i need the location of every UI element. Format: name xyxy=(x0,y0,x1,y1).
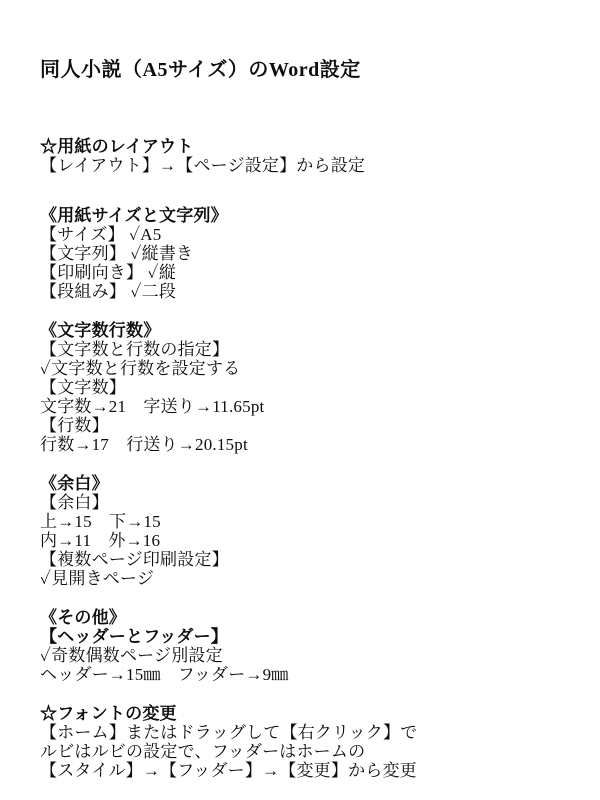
section-heading: 《余白》 xyxy=(40,474,570,493)
doc-line: 文字数→21 字送り→11.65pt xyxy=(40,397,570,416)
section-heading: ☆フォントの変更 xyxy=(40,704,570,723)
doc-line: 【印刷向き】 ✓縦 xyxy=(40,263,570,282)
section-heading: 《用紙サイズと文字列》 xyxy=(40,206,570,225)
doc-line: 【文字数】 xyxy=(40,378,570,397)
doc-line: ルビはルビの設定で、フッダーはホームの xyxy=(40,742,570,761)
doc-line: 【行数】 xyxy=(40,416,570,435)
section-margins: 《余白》【余白】上→15 下→15内→11 外→16【複数ページ印刷設定】✓見開… xyxy=(40,474,570,588)
doc-line: 【文字列】 ✓縦書き xyxy=(40,244,570,263)
section-heading: 【ヘッダーとフッダー】 xyxy=(40,627,570,646)
doc-line: ✓文字数と行数を設定する xyxy=(40,359,570,378)
doc-line: ヘッダー→15㎜ フッダー→9㎜ xyxy=(40,665,570,684)
doc-line: 内→11 外→16 xyxy=(40,531,570,550)
document-title: 同人小説（A5サイズ）のWord設定 xyxy=(40,57,570,83)
section-others: 《その他》【ヘッダーとフッダー】✓奇数偶数ページ別設定ヘッダー→15㎜ フッダー… xyxy=(40,608,570,684)
doc-line: ✓見開きページ xyxy=(40,569,570,588)
doc-line: 【文字数と行数の指定】 xyxy=(40,340,570,359)
doc-line: 【スタイル】→【フッダー】→【変更】から変更 xyxy=(40,761,570,780)
doc-line: 【余白】 xyxy=(40,493,570,512)
section-heading: 《その他》 xyxy=(40,608,570,627)
section-font-change: ☆フォントの変更【ホーム】またはドラッグして【右クリック】でルビはルビの設定で、… xyxy=(40,704,570,780)
doc-line: ✓奇数偶数ページ別設定 xyxy=(40,646,570,665)
doc-line: 【ホーム】またはドラッグして【右クリック】で xyxy=(40,723,570,742)
doc-line: 【サイズ】 ✓A5 xyxy=(40,225,570,244)
doc-line: 上→15 下→15 xyxy=(40,512,570,531)
section-character-and-line-count: 《文字数行数》【文字数と行数の指定】✓文字数と行数を設定する【文字数】文字数→2… xyxy=(40,321,570,454)
section-heading: 《文字数行数》 xyxy=(40,321,570,340)
doc-line: 行数→17 行送り→20.15pt xyxy=(40,435,570,454)
doc-line: 【複数ページ印刷設定】 xyxy=(40,550,570,569)
section-paper-size-and-text-direction: 《用紙サイズと文字列》【サイズ】 ✓A5【文字列】 ✓縦書き【印刷向き】 ✓縦【… xyxy=(40,206,570,301)
doc-line: 【レイアウト】→【ページ設定】から設定 xyxy=(40,156,570,175)
document-body: ☆用紙のレイアウト【レイアウト】→【ページ設定】から設定《用紙サイズと文字列》【… xyxy=(40,137,570,780)
doc-line: 【段組み】 ✓二段 xyxy=(40,282,570,301)
section-paper-layout: ☆用紙のレイアウト【レイアウト】→【ページ設定】から設定 xyxy=(40,137,570,175)
section-heading: ☆用紙のレイアウト xyxy=(40,137,570,156)
document-page: 同人小説（A5サイズ）のWord設定 ☆用紙のレイアウト【レイアウト】→【ページ… xyxy=(0,0,600,800)
